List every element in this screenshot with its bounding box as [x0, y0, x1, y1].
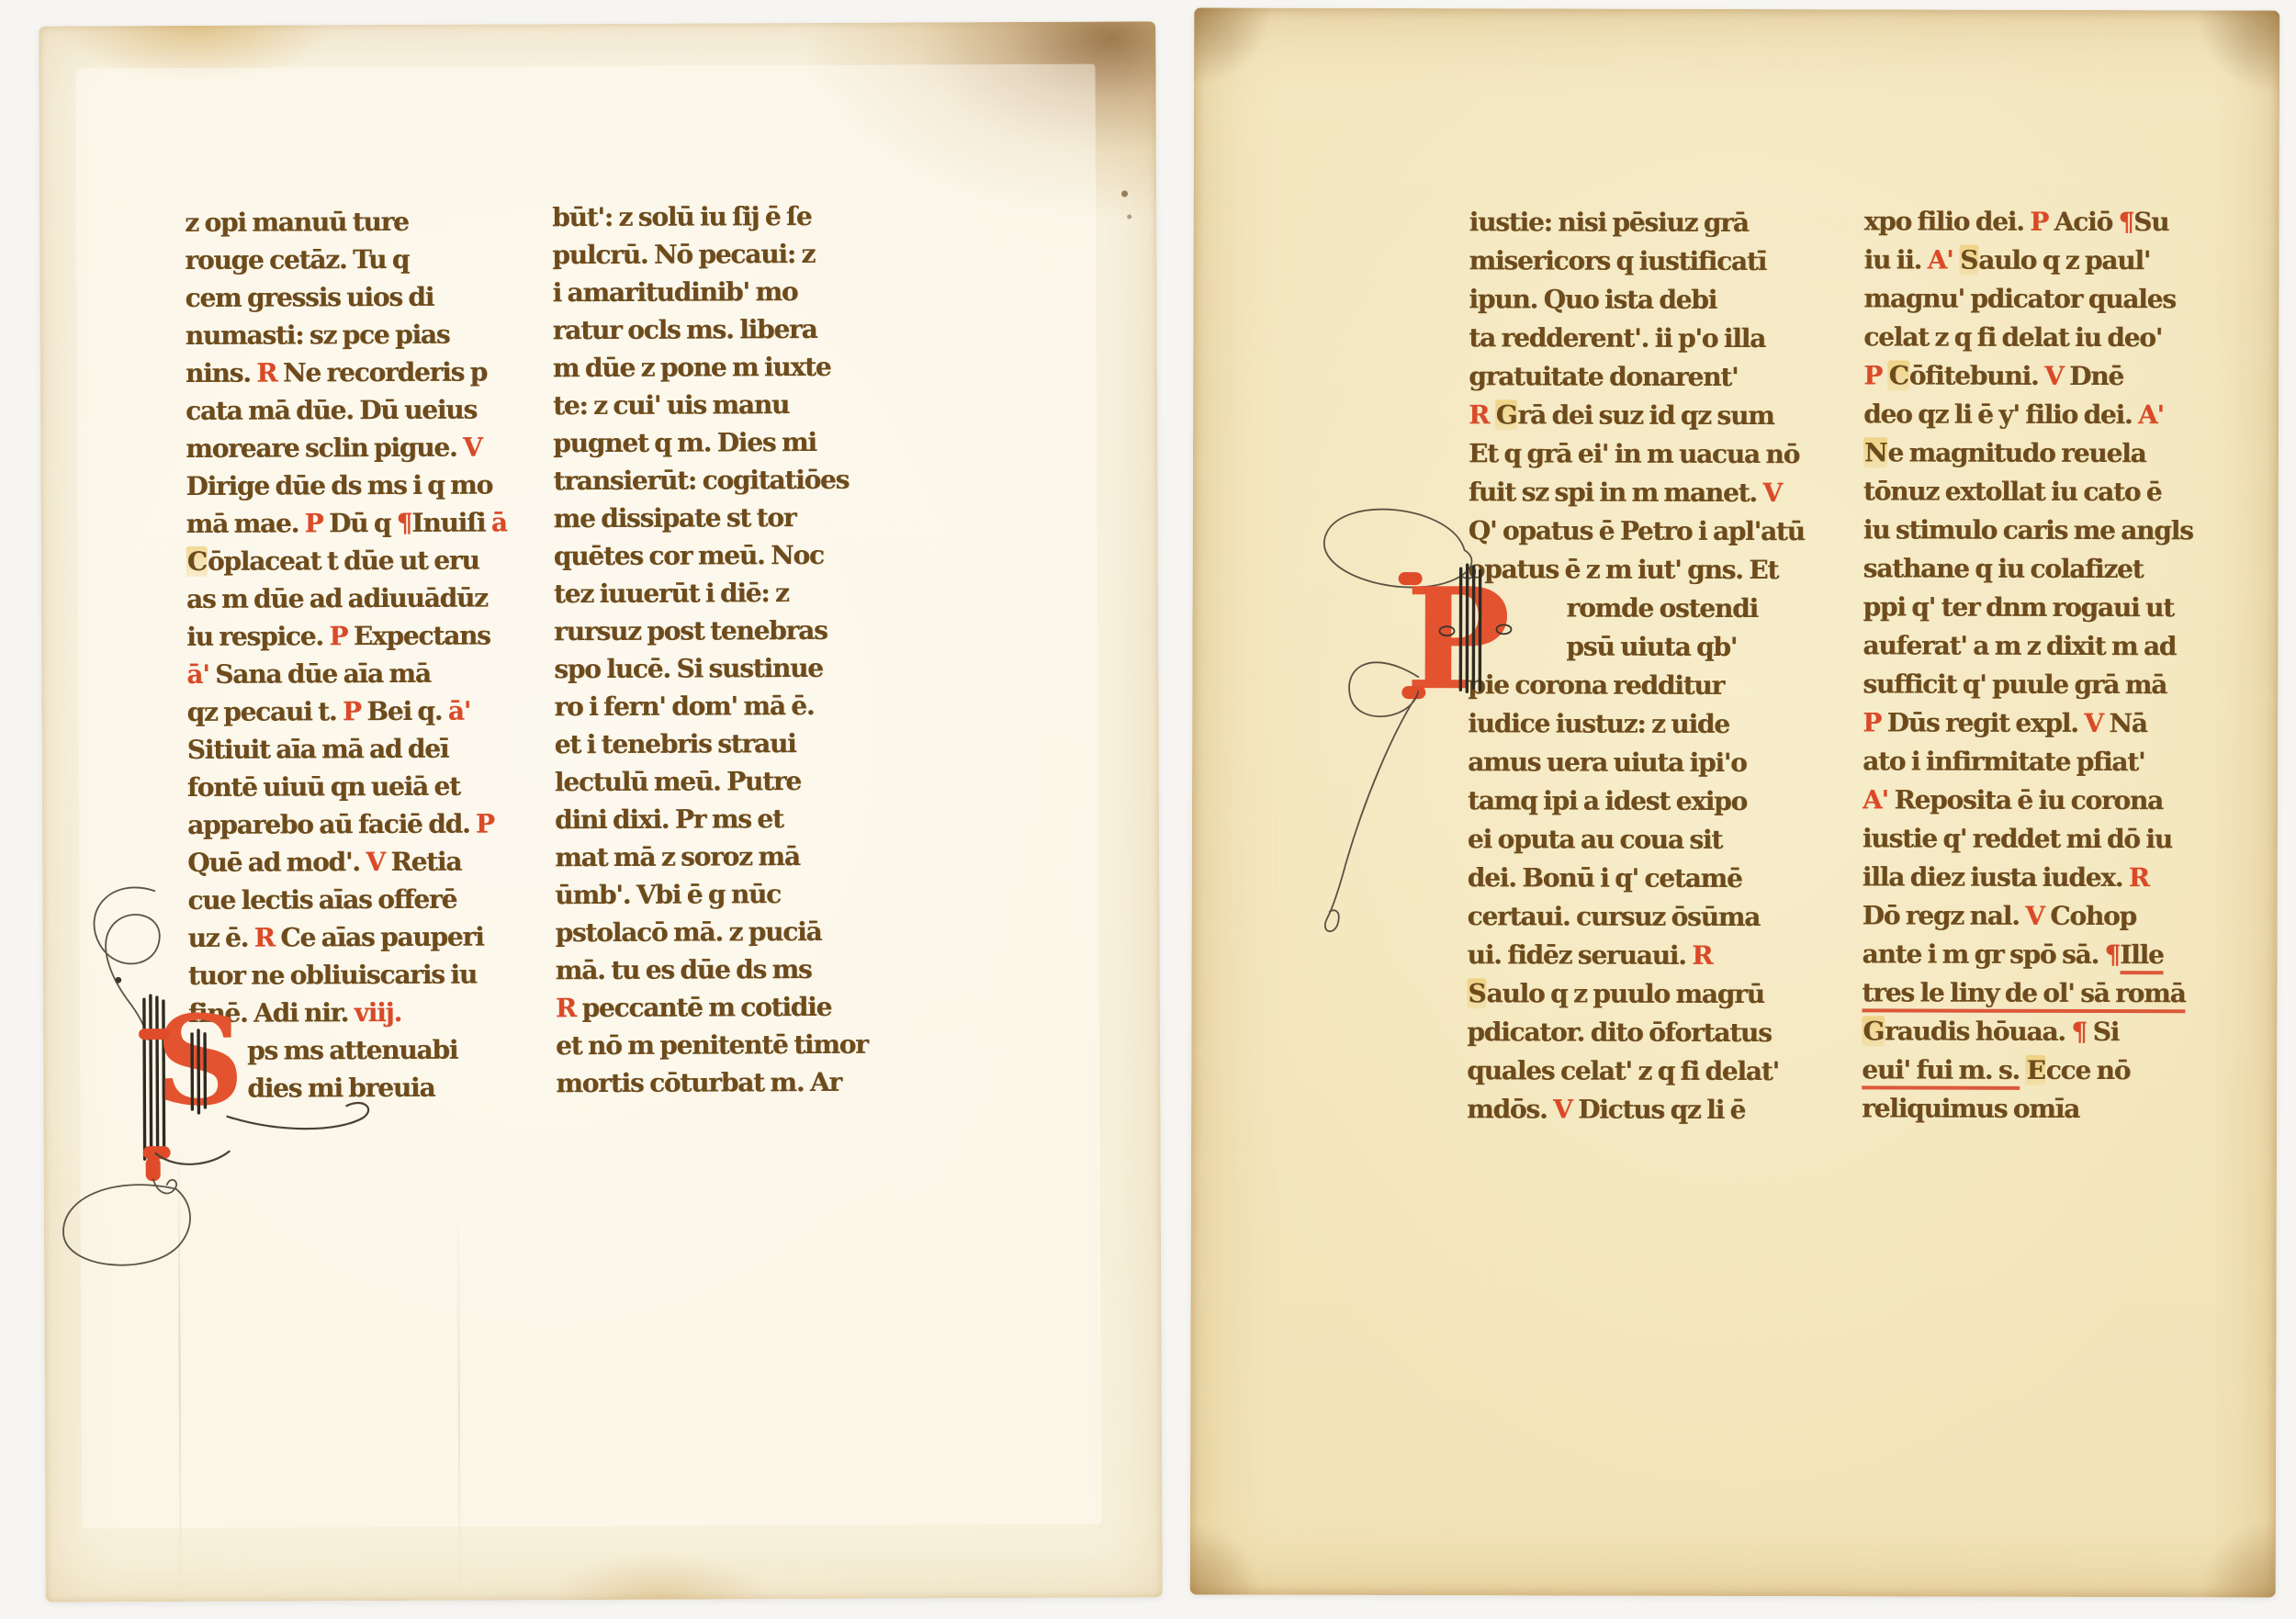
manuscript-text-line: ro i fern' dom' mā ē. [554, 687, 884, 726]
text-segment: G [1862, 1016, 1885, 1046]
text-segment: Dū q [329, 508, 397, 538]
text-segment: xpo filio dei. [1864, 206, 2031, 236]
manuscript-text-line: cata mā dūe. Dū ueius [186, 390, 502, 430]
vellum-crease [457, 1200, 461, 1604]
text-segment: mortis cōturbat m. Ar [556, 1067, 841, 1098]
text-segment: iu stimulo caris me angls [1863, 514, 2193, 545]
text-segment: as m dūe ad adiuuādūz [186, 583, 488, 614]
text-segment: iustie q' reddet mi dō iu [1863, 823, 2172, 854]
penwork-dot [115, 977, 121, 984]
manuscript-text-line: R Grā dei suz id qz sum [1469, 396, 1810, 435]
text-segment: tres le liny de ol' sā romā [1862, 977, 2185, 1013]
manuscript-text-line: gratuitate donarent' [1469, 357, 1810, 397]
text-segment: pstolacō mā. z puciā [556, 916, 822, 948]
text-segment: ante i m gr spō sā. [1863, 939, 2105, 970]
ink-speck [1127, 214, 1131, 219]
manuscript-text-line: ppi q' ter dnm rogaui ut [1863, 588, 2211, 627]
text-segment: celat z q fi delat iu deo' [1863, 321, 2162, 353]
text-segment: apparebo aū faciē dd. [187, 809, 476, 840]
text-segment: iustie: nisi pēsiuz grā [1469, 207, 1749, 238]
manuscript-text-line: mā mae. P Dū q ¶Inuiſi ā [186, 503, 503, 543]
manuscript-text-line: te: z cui' uis manu [553, 386, 884, 425]
rubric-segment: R [1692, 940, 1712, 971]
rubric-segment: P [305, 508, 330, 538]
manuscript-text-line: pulcrū. Nō pecaui: z [552, 235, 883, 275]
ink-speck [1121, 190, 1128, 197]
manuscript-text-line: auferat' a m z dixit m ad [1863, 626, 2210, 666]
rubric-segment: V [2044, 361, 2064, 391]
text-column-left-2: būt': z solū iu ſij ē ſepulcrū. Nō pecau… [552, 197, 886, 1103]
text-segment: transierūt: cogitatiōes [553, 465, 849, 496]
red-cadel-accent [1399, 572, 1423, 585]
rubric-segment: P [1863, 707, 1881, 737]
manuscript-text-line: illa diez iusta iudex. R [1863, 858, 2210, 897]
text-segment: tez iuuerūt i diē: z [554, 578, 789, 609]
text-segment: Bei q. [361, 696, 448, 726]
rubric-segment: ¶ [2105, 939, 2121, 970]
text-segment: e magnitudo reuela [1887, 437, 2145, 468]
manuscript-text-line: tez iuuerūt i diē: z [554, 574, 884, 613]
manuscript-text-line: iustie: nisi pēsiuz grā [1469, 203, 1811, 242]
penwork-tail-flourish [1325, 662, 1419, 931]
rubric-segment: ā' [186, 659, 215, 690]
rubric-segment: R [2129, 862, 2149, 893]
text-segment: magnu' pdicator quales [1863, 283, 2175, 314]
manuscript-text-line: tres le liny de ol' sā romā [1862, 973, 2209, 1013]
text-segment: eui' fui m. s. [1862, 1054, 2020, 1089]
red-cadel-accent [139, 1029, 170, 1040]
text-segment: Ille [2120, 939, 2163, 974]
photograph-background: z opi manuū turerouge cetāz. Tu qcem gre… [0, 0, 2296, 1619]
manuscript-text-line: nins. R Ne recorderis p [186, 353, 502, 392]
text-segment: N [1863, 437, 1887, 467]
text-segment: Dirige dūe ds ms i q mo [186, 470, 492, 501]
text-segment: Dūs regit expl. [1881, 707, 2084, 738]
manuscript-text-line: būt': z solū iu ſij ē ſe [552, 197, 883, 237]
text-segment: i amaritudinib' mo [552, 276, 797, 308]
manuscript-text-line: xpo filio dei. P Aciō ¶Su [1864, 202, 2212, 242]
text-segment: Sitiuit aīa mā ad deī [187, 734, 449, 765]
text-segment: aulo q z paul' [1978, 245, 2150, 275]
manuscript-text-line: A' Reposita ē iu corona [1863, 781, 2210, 820]
text-segment: me dissipate st tor [554, 502, 796, 534]
text-segment: C [186, 546, 208, 577]
manuscript-text-line: sufficit q' puule grā mā [1863, 665, 2210, 704]
manuscript-text-line: qz pecaui t. P Bei q. ā' [186, 691, 503, 731]
manuscript-text-line: R peccantē m cotidie [556, 988, 886, 1028]
manuscript-text-line: me dissipate st tor [554, 499, 884, 538]
text-segment: spo lucē. Si sustinue [554, 653, 823, 684]
manuscript-text-line: et nō m penitentē timor [556, 1026, 886, 1065]
manuscript-text-line: iustie q' reddet mi dō iu [1863, 819, 2210, 859]
manuscript-text-line: as m dūe ad adiuuādūz [186, 579, 503, 618]
manuscript-text-line: transierūt: cogitatiōes [553, 461, 884, 500]
text-segment: rouge cetāz. Tu q [185, 244, 409, 275]
text-segment: Sana dūe aīa mā [215, 658, 431, 690]
rubric-segment: V [1553, 1094, 1572, 1124]
manuscript-text-line: rouge cetāz. Tu q [185, 240, 501, 279]
text-segment: ato i infirmitate pfiat' [1863, 746, 2144, 777]
text-segment: Aciō [2048, 207, 2118, 237]
text-segment: deo qz li ē y' filio dei. [1863, 399, 2138, 430]
rubric-segment: ¶ [2118, 207, 2133, 237]
manuscript-text-line: Graudis hōuaa. ¶ Si [1862, 1012, 2209, 1051]
rubric-segment: R [1469, 399, 1495, 430]
text-segment: sufficit q' puule grā mā [1863, 669, 2167, 700]
manuscript-text-line: ūmb'. Vbi ē g nūc [555, 875, 885, 915]
penwork-lower-loop [63, 1179, 190, 1265]
text-segment: Dō regz nal. [1863, 900, 2026, 930]
rubric-segment: P [476, 809, 494, 839]
text-segment: Expectans [347, 621, 490, 652]
text-segment: dini dixi. Pr ms et [555, 804, 783, 835]
text-segment: qz pecaui t. [186, 696, 343, 727]
text-column-right-2: xpo filio dei. P Aciō ¶Suiu ii. A' Saulo… [1862, 202, 2212, 1129]
rubric-segment: ā' [448, 696, 470, 726]
text-segment: rursuz post tenebras [554, 615, 827, 646]
manuscript-text-line: iu ii. A' Saulo q z paul' [1863, 241, 2211, 280]
manuscript-text-line: numasti: sz pce pias [186, 315, 502, 354]
text-segment: te: z cui' uis manu [553, 389, 789, 421]
rubric-segment: A' [1863, 784, 1888, 815]
text-segment: moreare sclin pigue. [186, 433, 463, 464]
manuscript-text-line: ā' Sana dūe aīa mā [186, 654, 503, 693]
manuscript-text-line: iu respice. P Expectans [186, 616, 503, 656]
text-segment: būt': z solū iu ſij ē ſe [552, 201, 811, 232]
manuscript-text-line: m dūe z pone m iuxte [553, 348, 884, 388]
manuscript-text-line: lectulū meū. Putre [555, 762, 885, 802]
text-segment: mat mā z soroz mā [555, 841, 800, 872]
manuscript-text-line: celat z q fi delat iu deo' [1863, 318, 2211, 357]
text-segment: pugnet q m. Dies mi [553, 427, 816, 458]
manuscript-text-line: mā. tu es dūe ds ms [556, 950, 886, 990]
manuscript-text-line: i amaritudinib' mo [552, 273, 883, 312]
manuscript-text-line: Ne magnitudo reuela [1863, 433, 2211, 473]
text-segment: C [1888, 360, 1909, 390]
manuscript-text-line: dini dixi. Pr ms et [555, 800, 885, 839]
manuscript-text-line: Dirige dūe ds ms i q mo [186, 466, 502, 505]
text-segment: iu ii. [1864, 244, 1928, 275]
rubric-segment: ¶ [397, 508, 412, 538]
manuscript-text-line: reliquimus omīa [1862, 1089, 2209, 1129]
manuscript-text-line: misericors q iustificatī [1469, 242, 1810, 281]
manuscript-text-line: mat mā z soroz mā [555, 838, 885, 877]
manuscript-text-line: Quē ad mod'. V Retia [187, 842, 504, 882]
manuscript-text-line: ipun. Quo ista debi [1469, 280, 1810, 320]
manuscript-text-line: spo lucē. Si sustinue [554, 649, 884, 689]
manuscript-leaf-right: iustie: nisi pēsiuz grāmisericors q iust… [1190, 7, 2280, 1597]
text-segment: cce nō [2046, 1055, 2131, 1085]
text-segment: fontē uiuū qn ueiā et [187, 771, 460, 803]
text-segment: Inuiſi [411, 508, 491, 538]
text-segment: et nō m penitentē timor [556, 1029, 868, 1061]
manuscript-text-line: mdōs. V Dictus qz li ē [1467, 1090, 1808, 1130]
manuscript-text-line: pstolacō mā. z puciā [555, 913, 885, 952]
rubric-segment: V [366, 847, 385, 877]
manuscript-text-line: Cōplaceat t dūe ut eru [186, 541, 503, 580]
rubric-segment: V [463, 433, 482, 463]
text-segment: nins. [186, 358, 257, 388]
text-segment: quales celat' z q fi delat' [1467, 1055, 1779, 1086]
rubric-segment: V [1762, 478, 1782, 508]
text-segment: mā. tu es dūe ds ms [556, 954, 812, 985]
red-cadel-accent [143, 1146, 171, 1159]
text-segment: cem gressis uios di [185, 282, 433, 313]
manuscript-leaf-left: z opi manuū turerouge cetāz. Tu qcem gre… [39, 21, 1162, 1602]
text-segment: illa diez iusta iudex. [1863, 861, 2129, 893]
text-segment: E [2026, 1055, 2046, 1085]
rubric-segment: V [2025, 901, 2044, 931]
manuscript-text-line: quētes cor meū. Noc [554, 536, 884, 576]
manuscript-text-line: z opi manuū ture [185, 202, 501, 242]
text-segment: gratuitate donarent' [1469, 361, 1738, 392]
text-segment: ta redderent'. ii p'o illa [1469, 322, 1765, 354]
rubric-segment: ā [491, 507, 507, 537]
rubric-segment: P [2030, 207, 2048, 237]
text-segment: cata mā dūe. Dū ueius [186, 395, 477, 426]
text-segment: Dictus qz li ē [1572, 1095, 1746, 1125]
rubric-segment: P [1863, 360, 1887, 390]
text-segment: mdōs. [1467, 1094, 1553, 1124]
manuscript-text-line: et i tenebris straui [555, 725, 885, 764]
text-segment: Cohop [2044, 901, 2136, 931]
manuscript-text-line: P Dūs regit expl. V Nā [1863, 703, 2210, 743]
text-segment: pulcrū. Nō pecaui: z [552, 239, 815, 270]
text-segment: ipun. Quo ista debi [1469, 284, 1716, 315]
manuscript-text-line: Sitiuit aīa mā ad deī [187, 729, 504, 769]
text-segment: sathane q iu colafizet [1863, 553, 2144, 584]
text-segment: rā dei suz id qz sum [1517, 399, 1773, 431]
rubric-segment: R [556, 993, 576, 1023]
text-segment: reliquimus omīa [1862, 1093, 2079, 1124]
rubric-segment: P [343, 696, 361, 726]
text-segment: lectulū meū. Putre [555, 766, 801, 797]
text-segment: quētes cor meū. Noc [554, 540, 824, 571]
manuscript-text-line: fontē uiuū qn ueiā et [187, 767, 504, 806]
text-segment: ūmb'. Vbi ē g nūc [555, 879, 781, 910]
text-segment: ōfitebuni. [1909, 360, 2044, 390]
text-segment: m dūe z pone m iuxte [553, 352, 831, 383]
rubric-segment: ¶ [2071, 1017, 2087, 1047]
manuscript-text-line: rursuz post tenebras [554, 612, 884, 651]
manuscript-text-line: iu stimulo caris me angls [1863, 511, 2211, 550]
manuscript-text-line: ante i m gr spō sā. ¶Ille [1863, 935, 2210, 974]
text-segment: ōplaceat t dūe ut eru [208, 545, 479, 577]
manuscript-text-line: P Cōfitebuni. V Dnē [1863, 356, 2211, 396]
manuscript-text-line: pugnet q m. Dies mi [553, 423, 884, 463]
rubric-segment: V [2084, 708, 2103, 738]
manuscript-text-line: ratur ocls ms. libera [553, 310, 884, 350]
text-segment [1953, 245, 1960, 275]
text-segment: tōnuz extollat iu cato ē [1863, 476, 2162, 507]
text-segment: Retia [385, 847, 462, 877]
decorated-initial-S-with-penwork: S [46, 884, 444, 1602]
text-segment: et i tenebris straui [555, 728, 796, 759]
text-segment: Et q grā ei' in m uacua nō [1469, 438, 1799, 469]
rubric-segment: A' [2138, 399, 2164, 430]
text-segment: G [1495, 399, 1518, 430]
rubric-segment: A' [1928, 245, 1953, 275]
text-segment: misericors q iustificatī [1469, 245, 1767, 276]
manuscript-text-line: ta redderent'. ii p'o illa [1469, 319, 1810, 358]
text-segment: iu respice. [186, 621, 329, 652]
text-segment: ppi q' ter dnm rogaui ut [1863, 591, 2174, 623]
manuscript-text-line: tōnuz extollat iu cato ē [1863, 472, 2211, 512]
text-segment: Si [2087, 1017, 2119, 1047]
text-segment: peccantē m cotidie [576, 992, 831, 1023]
text-segment: z opi manuū ture [185, 207, 409, 238]
manuscript-text-line: Dō regz nal. V Cohop [1863, 896, 2210, 936]
manuscript-text-line: moreare sclin pigue. V [186, 428, 502, 467]
text-segment: S [1959, 245, 1978, 275]
manuscript-text-line: mortis cōturbat m. Ar [556, 1063, 886, 1103]
text-segment: ratur ocls ms. libera [553, 314, 817, 345]
text-segment: numasti: sz pce pias [186, 320, 450, 351]
text-segment: auferat' a m z dixit m ad [1863, 630, 2176, 661]
text-segment: mā mae. [186, 508, 305, 539]
text-segment: Ne recorderis p [276, 357, 487, 388]
text-segment: Dnē [2064, 361, 2123, 391]
text-segment: Reposita ē iu corona [1888, 784, 2163, 815]
text-segment: Quē ad mod'. [187, 847, 366, 878]
text-segment: ro i fern' dom' mā ē. [554, 691, 814, 722]
rubric-segment: P [329, 621, 347, 651]
manuscript-text-line: ato i infirmitate pfiat' [1863, 742, 2210, 781]
manuscript-text-line: Et q grā ei' in m uacua nō [1469, 434, 1810, 474]
manuscript-text-line: sathane q iu colafizet [1863, 549, 2211, 589]
red-cadel-tip [146, 1157, 161, 1181]
manuscript-text-line: magnu' pdicator quales [1863, 279, 2211, 319]
manuscript-text-line: deo qz li ē y' filio dei. A' [1863, 395, 2211, 434]
red-cadel-accent [1401, 686, 1425, 699]
rubric-segment: R [256, 358, 276, 388]
manuscript-text-line: eui' fui m. s. Ecce nō [1862, 1051, 2209, 1090]
manuscript-text-line: quales celat' z q fi delat' [1467, 1051, 1808, 1091]
text-segment: Su [2133, 207, 2168, 237]
manuscript-text-line: cem gressis uios di [185, 277, 501, 317]
manuscript-text-line: apparebo aū faciē dd. P [187, 804, 504, 844]
decorated-initial-P-with-penwork: P [1279, 493, 1639, 1027]
text-segment: Nā [2103, 708, 2147, 738]
text-segment: raudis hōuaa. [1885, 1016, 2071, 1047]
